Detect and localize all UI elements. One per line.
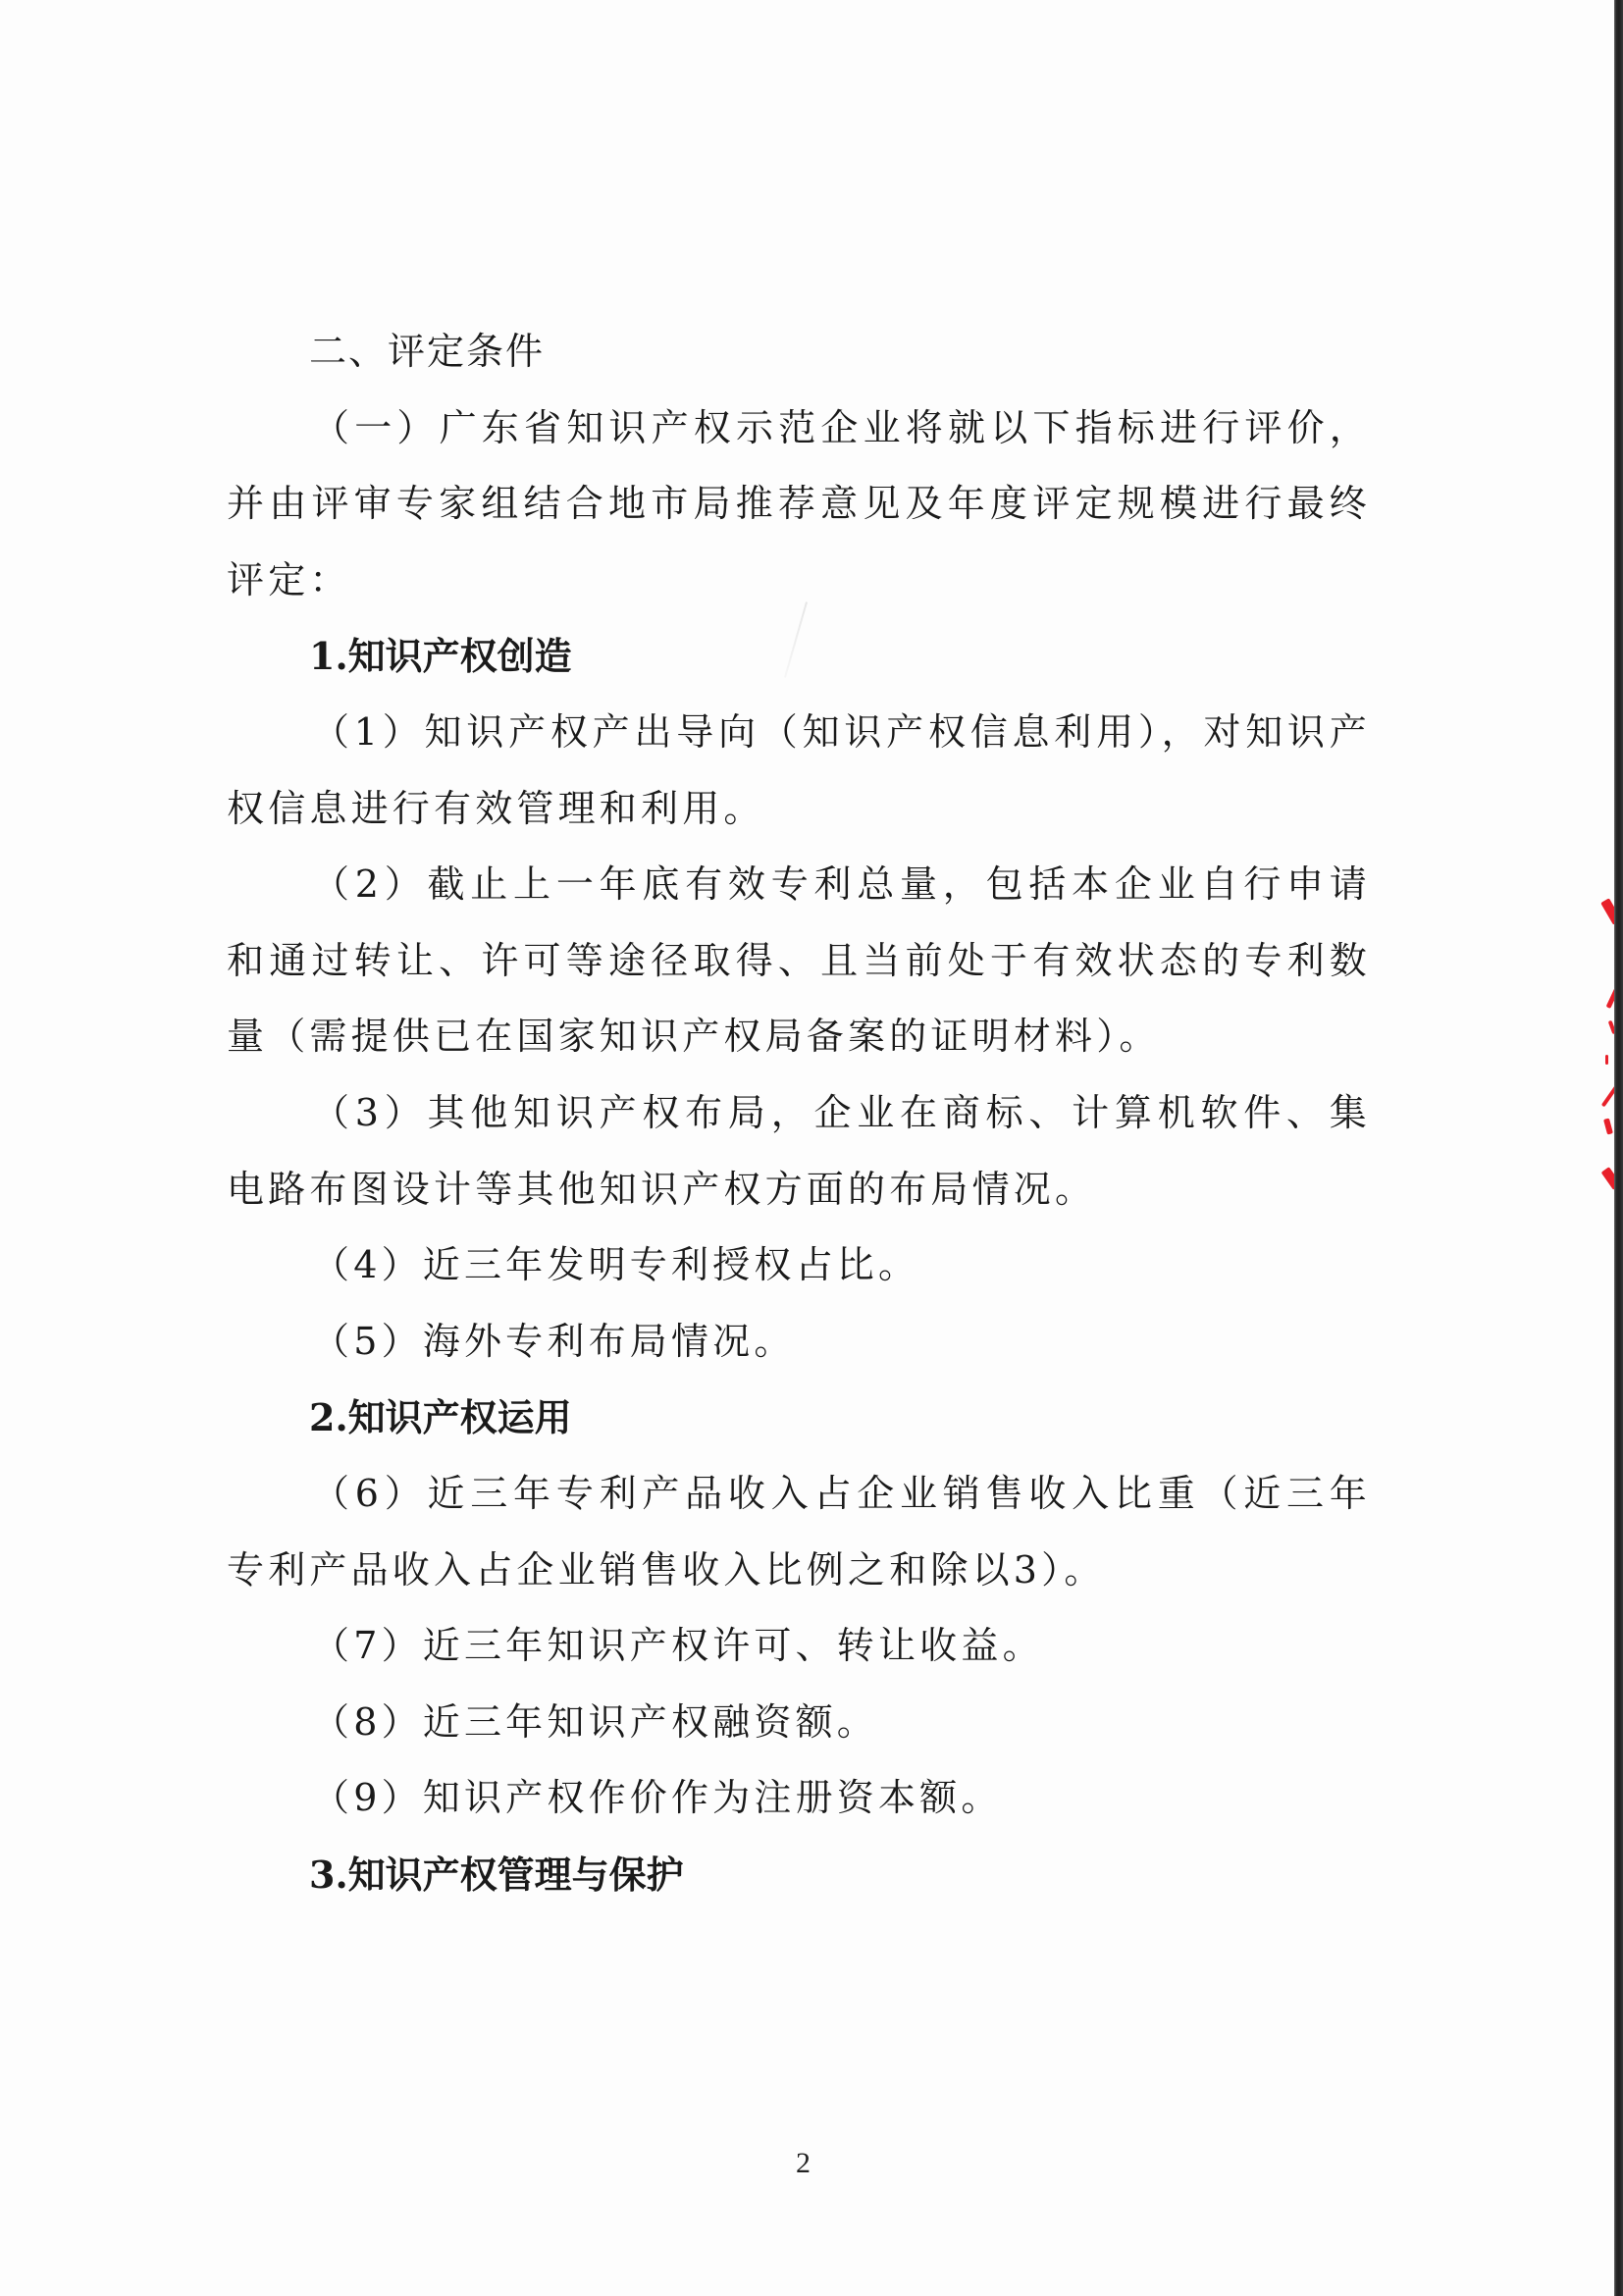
criteria-item: （1）知识产权产出导向（知识产权信息利用），对知识产 权信息进行有效管理和利用。 (227, 695, 1371, 847)
criteria-item: （8）近三年知识产权融资额。 (227, 1685, 1371, 1761)
criteria-item: （4）近三年发明专利授权占比。 (227, 1227, 1371, 1304)
paragraph-line: （一）广东省知识产权示范企业将就以下指标进行评价， (227, 391, 1371, 467)
criteria-item: （6）近三年专利产品收入占企业销售收入比重（近三年的 专利产品收入占企业销售收入… (227, 1456, 1371, 1608)
intro-paragraph: （一）广东省知识产权示范企业将就以下指标进行评价， 并由评审专家组结合地市局推荐… (227, 391, 1371, 619)
document-page: 二、评定条件 （一）广东省知识产权示范企业将就以下指标进行评价， 并由评审专家组… (0, 0, 1623, 2296)
group-heading: 3.知识产权管理与保护 (227, 1837, 1371, 1913)
paragraph-line: 量（需提供已在国家知识产权局备案的证明材料）。 (227, 999, 1371, 1075)
criteria-item: （7）近三年知识产权许可、转让收益。 (227, 1608, 1371, 1685)
paragraph-line: （4）近三年发明专利授权占比。 (227, 1227, 1371, 1304)
paragraph-line: 并由评审专家组结合地市局推荐意见及年度评定规模进行最终 (227, 466, 1371, 543)
scan-edge-shadow (1614, 0, 1623, 2296)
paragraph-line: 电路布图设计等其他知识产权方面的布局情况。 (227, 1152, 1371, 1228)
section-title: 二、评定条件 (227, 314, 1371, 391)
criteria-group-management: 3.知识产权管理与保护 (227, 1837, 1371, 1913)
paragraph-line: 权信息进行有效管理和利用。 (227, 771, 1371, 848)
page-number: 2 (0, 2147, 1606, 2180)
criteria-item: （5）海外专利布局情况。 (227, 1304, 1371, 1381)
group-heading: 2.知识产权运用 (227, 1380, 1371, 1456)
criteria-item: （3）其他知识产权布局，企业在商标、计算机软件、集成 电路布图设计等其他知识产权… (227, 1075, 1371, 1227)
criteria-item: （9）知识产权作价作为注册资本额。 (227, 1760, 1371, 1837)
paragraph-line: 评定： (227, 543, 1371, 619)
paragraph-line: （6）近三年专利产品收入占企业销售收入比重（近三年的 (227, 1456, 1371, 1533)
paragraph-line: （5）海外专利布局情况。 (227, 1304, 1371, 1381)
criteria-item: （2）截止上一年底有效专利总量，包括本企业自行申请的 和通过转让、许可等途径取得… (227, 847, 1371, 1075)
paragraph-line: （2）截止上一年底有效专利总量，包括本企业自行申请的 (227, 847, 1371, 923)
paragraph-line: （7）近三年知识产权许可、转让收益。 (227, 1608, 1371, 1685)
paragraph-line: 专利产品收入占企业销售收入比例之和除以3）。 (227, 1533, 1371, 1609)
criteria-group-creation: 1.知识产权创造 （1）知识产权产出导向（知识产权信息利用），对知识产 权信息进… (227, 618, 1371, 1380)
paragraph-line: （3）其他知识产权布局，企业在商标、计算机软件、集成 (227, 1075, 1371, 1152)
criteria-group-utilization: 2.知识产权运用 （6）近三年专利产品收入占企业销售收入比重（近三年的 专利产品… (227, 1380, 1371, 1837)
paragraph-line: （1）知识产权产出导向（知识产权信息利用），对知识产 (227, 695, 1371, 771)
seal-stroke (1605, 1055, 1608, 1065)
seal-stroke (1603, 1118, 1613, 1134)
document-body: 二、评定条件 （一）广东省知识产权示范企业将就以下指标进行评价， 并由评审专家组… (227, 314, 1371, 1912)
paragraph-line: 和通过转让、许可等途径取得、且当前处于有效状态的专利数 (227, 923, 1371, 1000)
paragraph-line: （8）近三年知识产权融资额。 (227, 1685, 1371, 1761)
paragraph-line: （9）知识产权作价作为注册资本额。 (227, 1760, 1371, 1837)
